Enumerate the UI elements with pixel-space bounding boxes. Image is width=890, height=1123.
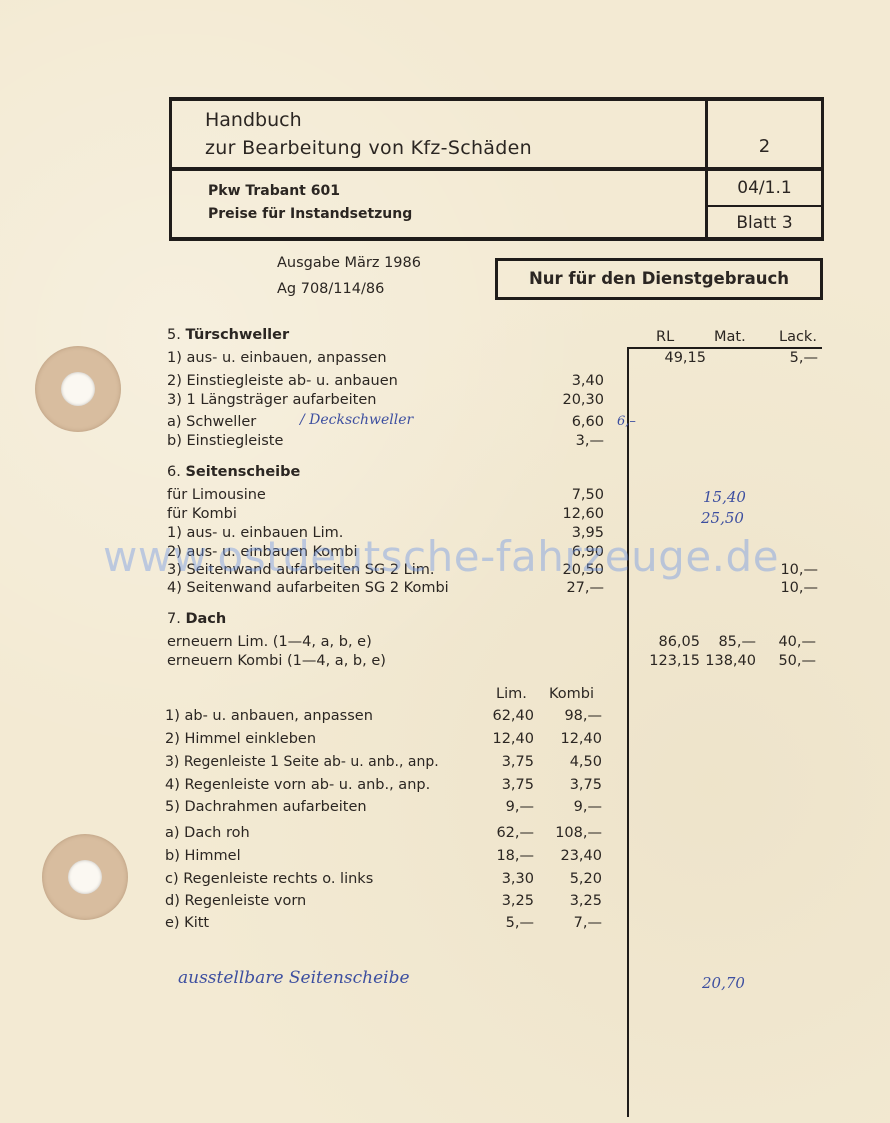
doc-code: 04/1.1 <box>708 178 821 198</box>
table-row: 1) ab- u. anbauen, anpassen <box>165 708 373 724</box>
table-row: 2) Himmel einkleben <box>165 731 316 747</box>
header-divider-horizontal <box>172 167 821 171</box>
document-header: Handbuch zur Bearbeitung von Kfz-Schäden… <box>169 97 824 241</box>
column-header-rule <box>628 347 822 349</box>
table-row: c) Regenleiste rechts o. links <box>165 871 373 887</box>
table-row: d) Regenleiste vorn <box>165 893 306 909</box>
lim-value: 62,— <box>480 825 534 841</box>
section-number: 2 <box>708 136 821 157</box>
table-row: 3) 1 Längsträger aufarbeiten <box>167 392 376 408</box>
rl-value: 49,15 <box>640 350 706 366</box>
punch-hole <box>61 372 95 406</box>
table-row: für Limousine <box>167 487 266 503</box>
handwritten-price-kombi: 25,50 <box>701 509 744 527</box>
lim-value: 18,— <box>480 848 534 864</box>
punch-hole <box>68 860 102 894</box>
kombi-value: 9,— <box>540 799 602 815</box>
table-row: e) Kitt <box>165 915 209 931</box>
mid-value: 3,— <box>540 433 604 449</box>
mid-value: 7,50 <box>540 487 604 503</box>
lim-value: 3,30 <box>480 871 534 887</box>
section-number: 5. <box>167 327 181 343</box>
table-row: 4) Regenleiste vorn ab- u. anb., anp. <box>165 777 430 793</box>
mid-value: 6,60 <box>540 414 604 430</box>
mat-value: 85,— <box>700 634 756 650</box>
mat-value: 138,40 <box>700 653 756 669</box>
kombi-value: 98,— <box>540 708 602 724</box>
lim-value: 5,— <box>480 915 534 931</box>
handwritten-note-price: 20,70 <box>702 974 745 992</box>
column-divider-rule <box>627 347 629 1117</box>
table-row: 5) Dachrahmen aufarbeiten <box>165 799 367 815</box>
mid-value: 12,60 <box>540 506 604 522</box>
table-row: 4) Seitenwand aufarbeiten SG 2 Kombi <box>167 580 449 596</box>
handwritten-annotation: / Deckschweller <box>300 412 413 428</box>
price-list-title: Preise für Instandsetzung <box>208 206 412 222</box>
lim-value: 3,75 <box>480 754 534 770</box>
section-number: 6. <box>167 464 181 480</box>
mid-value: 27,— <box>540 580 604 596</box>
lim-value: 62,40 <box>480 708 534 724</box>
hole-reinforcement-ring-bottom <box>42 834 128 920</box>
watermark: www.ostdeutsche-fahrzeuge.de <box>103 532 779 581</box>
table-row: 2) Einstiegleiste ab- u. anbauen <box>167 373 398 389</box>
lim-value: 12,40 <box>480 731 534 747</box>
table-row: erneuern Lim. (1—4, a, b, e) <box>167 634 372 650</box>
edition-info: Ausgabe März 1986 Ag 708/114/86 <box>277 250 421 302</box>
handwritten-price: 6,– <box>617 414 636 429</box>
table-row: 3) Regenleiste 1 Seite ab- u. anb., anp. <box>165 754 439 770</box>
handwritten-price-lim: 15,40 <box>703 488 746 506</box>
subcolumn-header-kombi: Kombi <box>549 686 594 702</box>
restricted-use-stamp: Nur für den Dienstgebrauch <box>495 258 823 300</box>
hole-reinforcement-ring-top <box>35 346 121 432</box>
kombi-value: 108,— <box>540 825 602 841</box>
table-row: für Kombi <box>167 506 237 522</box>
table-row: erneuern Kombi (1—4, a, b, e) <box>167 653 386 669</box>
table-row: b) Himmel <box>165 848 241 864</box>
column-header-mat: Mat. <box>714 329 746 345</box>
header-divider-code <box>708 205 821 207</box>
section-title: Seitenscheibe <box>185 464 300 480</box>
mid-value: 20,30 <box>540 392 604 408</box>
lack-value: 40,— <box>760 634 816 650</box>
subcolumn-header-lim: Lim. <box>496 686 527 702</box>
section-title: Dach <box>185 611 226 627</box>
column-header-rl: RL <box>656 329 674 345</box>
rl-value: 86,05 <box>630 634 700 650</box>
kombi-value: 3,75 <box>540 777 602 793</box>
handwritten-note: ausstellbare Seitenscheibe <box>178 968 410 988</box>
kombi-value: 3,25 <box>540 893 602 909</box>
handbook-title: Handbuch <box>205 109 302 131</box>
kombi-value: 12,40 <box>540 731 602 747</box>
edition-reference: Ag 708/114/86 <box>277 276 421 302</box>
handbook-subtitle: zur Bearbeitung von Kfz-Schäden <box>205 137 532 159</box>
lack-value: 10,— <box>760 580 818 596</box>
lim-value: 3,25 <box>480 893 534 909</box>
lim-value: 3,75 <box>480 777 534 793</box>
edition-date: Ausgabe März 1986 <box>277 250 421 276</box>
kombi-value: 5,20 <box>540 871 602 887</box>
kombi-value: 7,— <box>540 915 602 931</box>
rl-value: 123,15 <box>630 653 700 669</box>
lack-value: 5,— <box>760 350 818 366</box>
section-6-heading: 6. Seitenscheibe <box>167 464 300 480</box>
table-row: b) Einstiegleiste <box>167 433 283 449</box>
lim-value: 9,— <box>480 799 534 815</box>
section-title: Türschweller <box>185 327 289 343</box>
section-7-heading: 7. Dach <box>167 611 226 627</box>
table-row: a) Dach roh <box>165 825 250 841</box>
section-5-heading: 5. Türschweller <box>167 327 289 343</box>
table-row: 1) aus- u. einbauen, anpassen <box>167 350 387 366</box>
column-header-lack: Lack. <box>779 329 817 345</box>
kombi-value: 4,50 <box>540 754 602 770</box>
vehicle-name: Pkw Trabant 601 <box>208 183 340 199</box>
table-row: a) Schweller <box>167 414 256 430</box>
sheet-number: Blatt 3 <box>708 213 821 233</box>
mid-value: 3,40 <box>540 373 604 389</box>
kombi-value: 23,40 <box>540 848 602 864</box>
section-number: 7. <box>167 611 181 627</box>
lack-value: 50,— <box>760 653 816 669</box>
